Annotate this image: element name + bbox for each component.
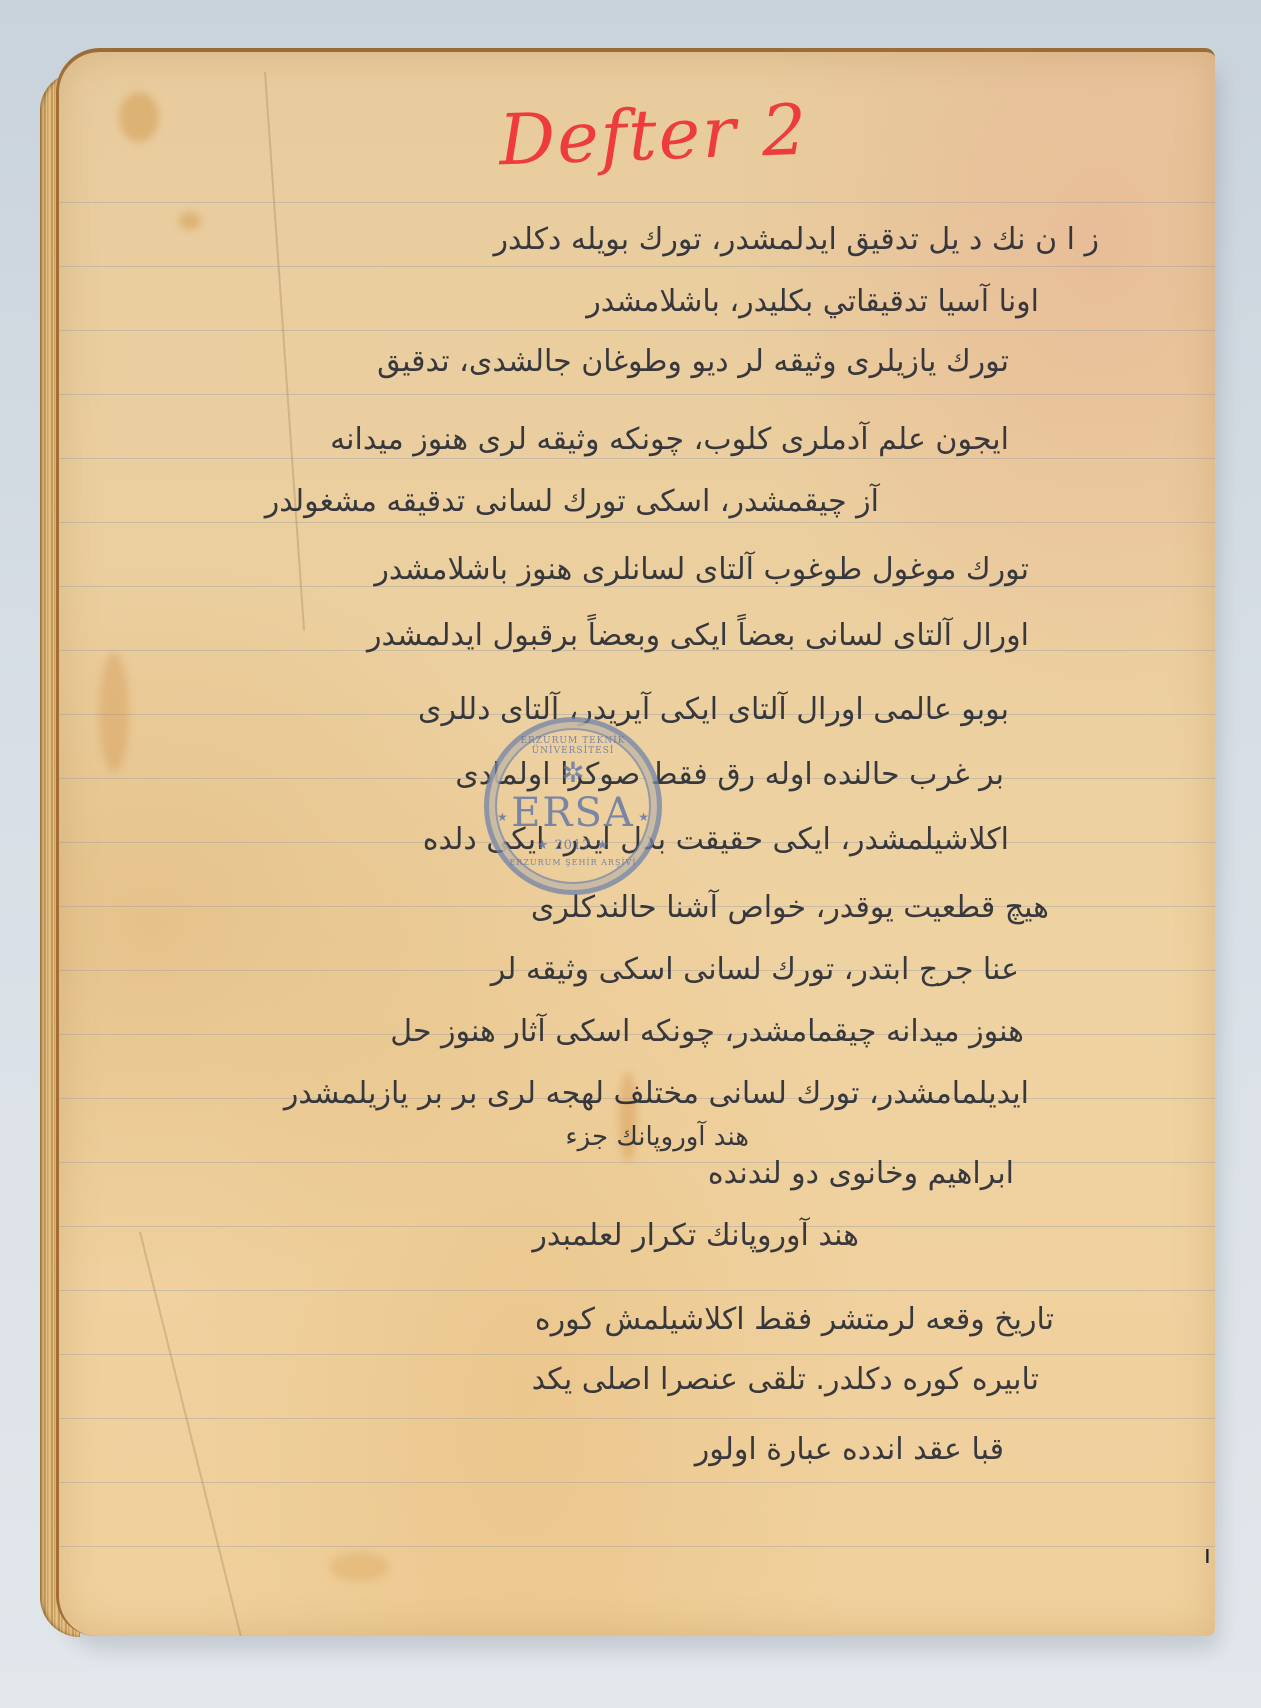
notebook-page: Defter 2 ز ا ن نك د يل تدقيق ايدلمشدر، ت… bbox=[56, 48, 1215, 1636]
handwritten-line: تاريخ وقعه لرمتشر فقط اكلاشيلمش كوره bbox=[535, 1302, 1054, 1337]
handwritten-line: عنا جرج ابتدر، تورك لسانى اسكى وثيقه لر bbox=[491, 952, 1019, 987]
handwritten-line: اورال آلتاى لسانى بعضاً ايكى وبعضاً برقب… bbox=[367, 618, 1029, 653]
handwritten-line: ايجون علم آدملرى كلوب، چونكه وثيقه لرى ه… bbox=[330, 422, 1009, 457]
handwritten-line: هند آوروپانك جزء bbox=[565, 1122, 749, 1152]
handwritten-line: تابيره كوره دكلدر. تلقى عنصرا اصلى يكد bbox=[532, 1362, 1039, 1397]
handwritten-line: آز چيقمشدر، اسكى تورك لسانى تدقيقه مشغول… bbox=[265, 484, 879, 519]
stamp-name: ERSA bbox=[489, 790, 657, 836]
margin-ink-mark: ı bbox=[1204, 1540, 1211, 1570]
stamp-top-text: ERZURUM TEKNİK ÜNİVERSİTESİ bbox=[489, 736, 657, 756]
stamp-year: ★ 2017 ★ bbox=[489, 838, 657, 853]
handwritten-line: ايديلمامشدر، تورك لسانى مختلف لهجه لرى ب… bbox=[284, 1076, 1029, 1111]
handwritten-line: اونا آسيا تدقيقاتي بكليدر، باشلامشدر bbox=[586, 284, 1039, 319]
handwritten-line: تورك موغول طوغوب آلتاى لسانلرى هنوز باشل… bbox=[374, 552, 1029, 587]
handwritten-line: ز ا ن نك د يل تدقيق ايدلمشدر، تورك بويله… bbox=[494, 222, 1099, 257]
star-icon: ★ bbox=[638, 810, 649, 824]
archive-stamp: ERZURUM TEKNİK ÜNİVERSİTESİ ✲ ★ ERSA ★ ★… bbox=[484, 717, 662, 895]
handwritten-line: هنوز ميدانه چيقمامشدر، چونكه اسكى آثار ه… bbox=[390, 1014, 1024, 1049]
handwritten-line: بوبو عالمى اورال آلتاى ايكى آيريدر، آلتا… bbox=[418, 692, 1009, 727]
handwritten-line: هيچ قطعيت يوقدر، خواص آشنا حالندكلرى bbox=[531, 890, 1049, 925]
handwritten-line: هند آوروپانك تكرار لعلمبدر bbox=[532, 1218, 859, 1253]
handwritten-line: تورك يازيلرى وثيقه لر ديو وطوغان جالشدى،… bbox=[377, 344, 1009, 379]
handwritten-line: ابراهيم وخانوى دو لندنده bbox=[708, 1156, 1014, 1191]
stamp-bottom-text: ERZURUM ŞEHİR ARŞİVİ bbox=[489, 858, 657, 867]
handwritten-line: قبا عقد اندده عبارة اولور bbox=[695, 1432, 1004, 1467]
snowflake-emblem-icon: ✲ bbox=[489, 756, 657, 789]
